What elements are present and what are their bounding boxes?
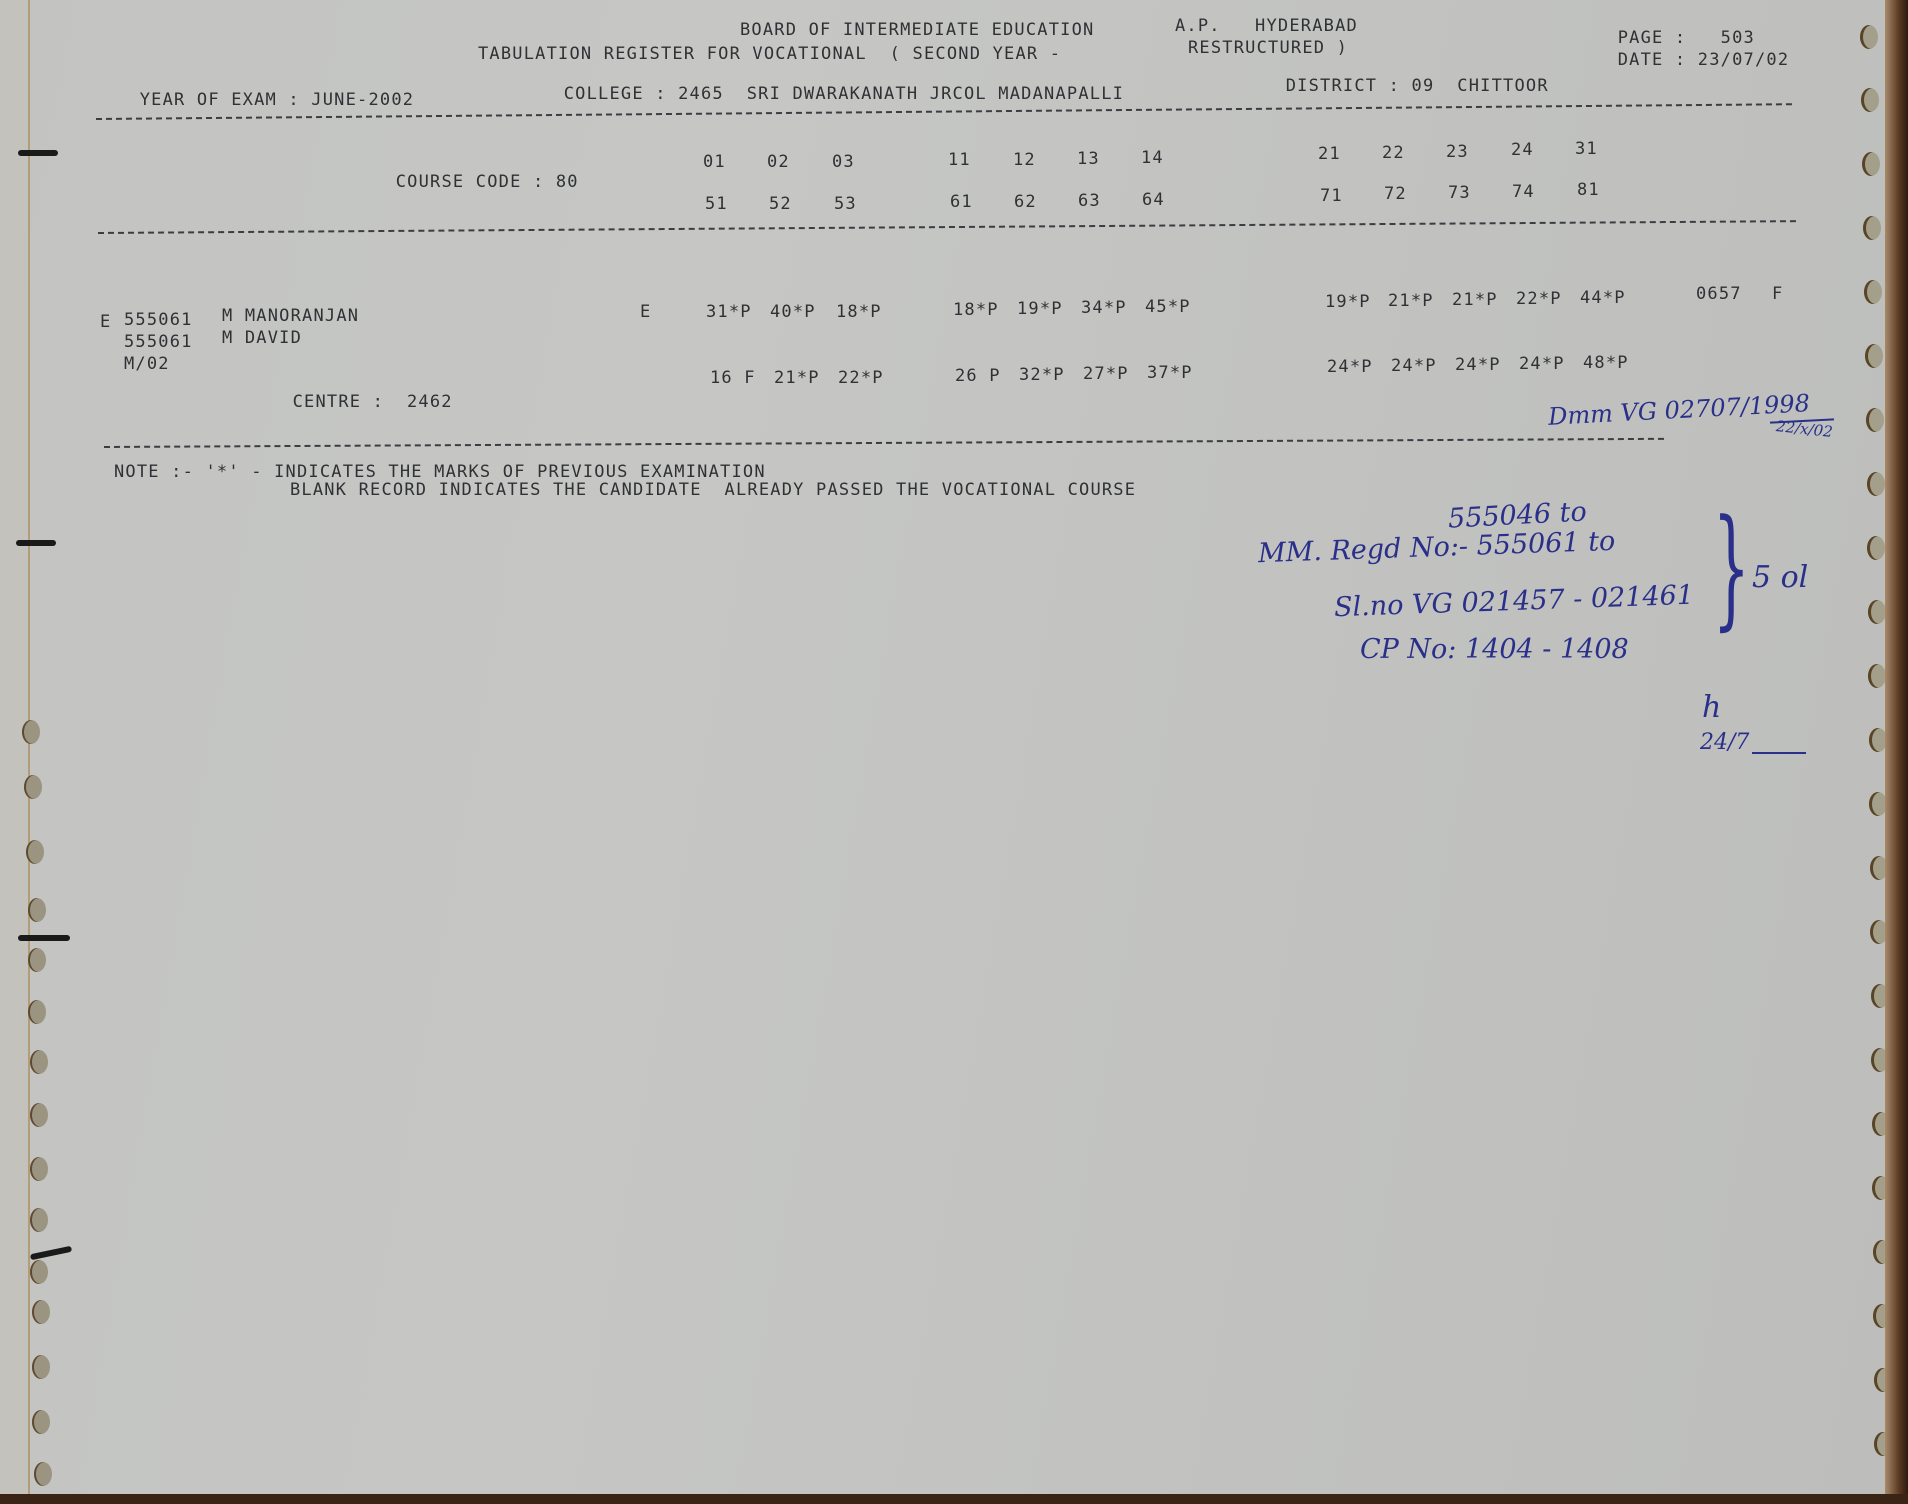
feed-hole [1866,408,1884,432]
divider-line [98,220,1796,234]
mark-cell: 24*P [1327,357,1373,377]
page-edge [0,1494,1908,1504]
registration-number: 555061 [124,332,193,352]
year-of-exam-value: JUNE-2002 [311,90,414,110]
binding-hole [24,775,42,799]
district-name: CHITTOOR [1457,76,1548,96]
mark-cell: 31*P [706,302,752,322]
mark-cell: 21*P [774,368,820,388]
result-status: F [1772,284,1783,304]
subject-code: 51 [705,194,728,214]
feed-hole [1860,25,1878,49]
binding-stitch [18,150,58,156]
binding-stitch [18,935,70,941]
feed-hole [1861,88,1879,112]
register-page: BOARD OF INTERMEDIATE EDUCATION A.P. HYD… [0,0,1885,1494]
mark-cell: 18*P [836,302,882,322]
centre-value: 2462 [407,392,453,412]
course-code: COURSE CODE : 80 [350,152,579,212]
subject-code: 03 [832,152,855,172]
mark-cell: 37*P [1147,363,1193,383]
mark-cell: 48*P [1583,353,1629,373]
mark-cell: 40*P [770,302,816,322]
mark-cell: 24*P [1455,355,1501,375]
handwritten-cp-no: CP No: 1404 - 1408 [1360,634,1629,665]
binding-hole [32,1300,50,1324]
feed-hole [1867,536,1885,560]
binding-hole [30,1208,48,1232]
subject-code: 11 [948,150,971,170]
binding-strip [0,0,30,1494]
feed-hole [1868,664,1886,688]
print-date: DATE : 23/07/02 [1572,30,1789,90]
mark-cell: 34*P [1081,298,1127,318]
mark-cell: 22*P [838,368,884,388]
state-city: A.P. HYDERABAD [1175,16,1358,36]
board-title: BOARD OF INTERMEDIATE EDUCATION [740,20,1094,40]
mark-cell: 19*P [1325,292,1371,312]
date-value: 23/07/02 [1698,50,1789,70]
college-label: COLLEGE : [564,84,667,104]
binding-hole [22,720,40,744]
subject-code: 63 [1078,191,1101,211]
subject-code: 53 [834,194,857,214]
feed-hole [1867,472,1885,496]
record-prefix: E [100,312,111,332]
binding-hole [26,840,44,864]
subject-code: 61 [950,192,973,212]
mark-cell: 18*P [953,300,999,320]
college-name: SRI DWARAKANATH JRCOL MADANAPALLI [747,84,1124,104]
binding-stitch [30,1246,72,1261]
district-label: DISTRICT : [1286,76,1400,96]
subject-code: 52 [769,194,792,214]
subject-code: 13 [1077,149,1100,169]
subject-code: 02 [767,152,790,172]
feed-hole [1868,600,1886,624]
mark-cell: 45*P [1145,297,1191,317]
binding-hole [30,1050,48,1074]
mark-cell: 21*P [1452,290,1498,310]
subject-code: 24 [1511,140,1534,160]
college-code: 2465 [678,84,724,104]
mark-cell: 44*P [1580,288,1626,308]
subject-code: 81 [1577,180,1600,200]
handwritten-initial: h [1702,690,1721,725]
subject-code: 74 [1512,182,1535,202]
course-code-value: 80 [556,172,579,192]
note-line-2: BLANK RECORD INDICATES THE CANDIDATE ALR… [290,480,1136,500]
total-marks: 0657 [1696,284,1742,304]
subject-code: 12 [1013,150,1036,170]
binding-hole [30,1103,48,1127]
handwritten-initial-date: 24/7 [1700,730,1749,755]
feed-hole [1865,344,1883,368]
medium: E [640,302,651,322]
mark-cell: 22*P [1516,289,1562,309]
subject-code: 21 [1318,144,1341,164]
year-of-exam: YEAR OF EXAM : JUNE-2002 [94,70,414,130]
mark-cell: 26 P [955,366,1001,386]
note-line-1: NOTE :- '*' - INDICATES THE MARKS OF PRE… [114,462,766,482]
binding-hole [28,1000,46,1024]
year-of-exam-label: YEAR OF EXAM : [140,90,300,110]
subject-code: 14 [1141,148,1164,168]
feed-hole [1862,152,1880,176]
course-code-label: COURSE CODE : [396,172,545,192]
centre-label: CENTRE : [293,392,384,412]
binding-hole [28,898,46,922]
binding-hole [30,1157,48,1181]
binding-hole [32,1355,50,1379]
subject-code: 73 [1448,183,1471,203]
mark-cell: 32*P [1019,365,1065,385]
district-code: 09 [1412,76,1435,96]
date-label: DATE : [1618,50,1687,70]
binding-stitch [16,540,56,546]
subject-code: 72 [1384,184,1407,204]
candidate-category: M/02 [124,354,170,374]
register-title: TABULATION REGISTER FOR VOCATIONAL ( SEC… [478,44,1061,64]
restructured-label: RESTRUCTURED ) [1188,38,1348,58]
centre: CENTRE : 2462 [224,372,453,432]
mark-cell: 19*P [1017,299,1063,319]
handwritten-regd-line: MM. Regd No:- 555061 to [1258,526,1616,569]
handwritten-sl-no: Sl.no VG 021457 - 021461 [1334,580,1695,624]
mark-cell: 24*P [1519,354,1565,374]
subject-code: 31 [1575,139,1598,159]
subject-code: 71 [1320,186,1343,206]
page-edge [1885,0,1908,1494]
subject-code: 23 [1446,142,1469,162]
binding-hole [28,948,46,972]
mark-cell: 24*P [1391,356,1437,376]
handwritten-dmm-reference: Dmm VG 02707/1998 [1547,389,1810,431]
father-name: M DAVID [222,328,302,348]
ink-underline [1752,752,1806,754]
subject-code: 01 [703,152,726,172]
mark-cell: 27*P [1083,364,1129,384]
divider-line [104,438,1664,448]
binding-hole [34,1462,52,1486]
mark-cell: 21*P [1388,291,1434,311]
mark-cell: 16 F [710,368,756,388]
subject-code: 22 [1382,143,1405,163]
handwritten-bracket: } [1713,502,1750,632]
subject-code: 62 [1014,192,1037,212]
feed-hole [1863,216,1881,240]
subject-code: 64 [1142,190,1165,210]
binding-hole [32,1410,50,1434]
feed-hole [1864,280,1882,304]
handwritten-bracket-note: 5 ol [1752,560,1808,595]
candidate-name: M MANORANJAN [222,306,359,326]
binding-hole [30,1260,48,1284]
hall-ticket-number: 555061 [124,310,193,330]
